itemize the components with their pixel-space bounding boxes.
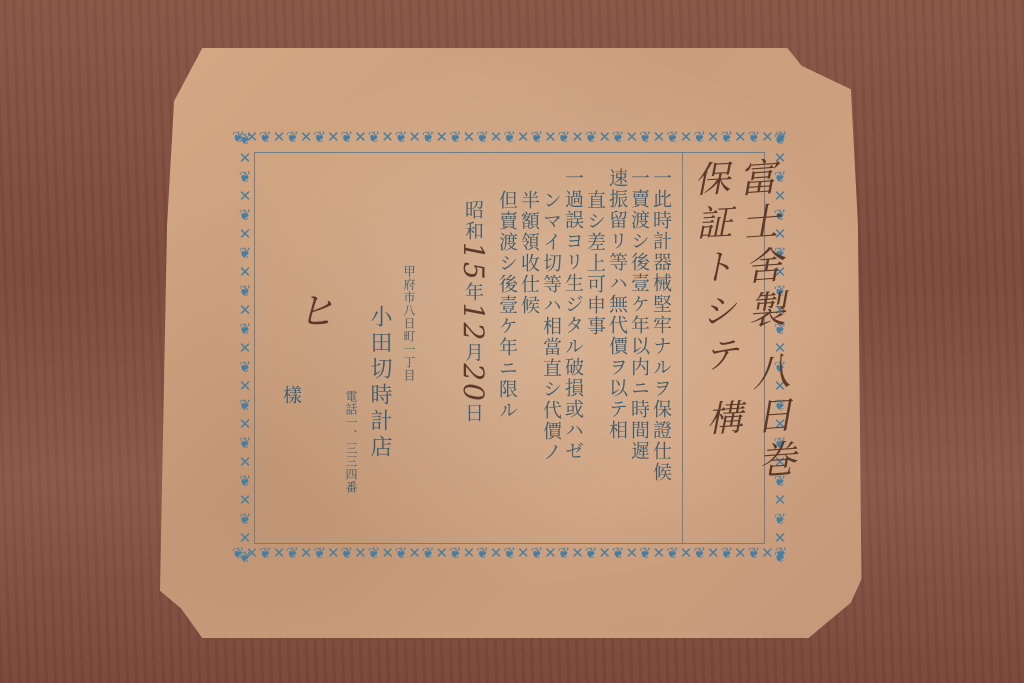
clause-6: ンマイ切等ハ相當直シ代價ノ <box>540 190 562 463</box>
clause-2: 一賣渡シ後壹ケ年以内ニ時間遲 <box>628 168 650 462</box>
clause-4: 直シ差上可申事 <box>584 190 606 337</box>
month-label: 月 <box>462 342 484 363</box>
shop-name: 小田切時計店 <box>368 305 390 461</box>
shop-phone: 電話一、三三四番 <box>340 390 362 494</box>
clause-8: 但賣渡シ後壹ケ年ニ限ル <box>496 190 518 421</box>
recipient-honorific: 樣 <box>280 385 302 406</box>
date-year: 15 <box>457 242 490 282</box>
clause-3: 速振留リ等ハ無代價ヲ以テ相 <box>606 168 628 441</box>
clause-5: 一過誤ヨリ生ジタル破損或ハゼ <box>562 168 584 462</box>
vine-leaf-border-icon: ❦✕❦✕❦✕❦✕❦✕❦✕❦✕❦✕❦✕❦✕❦✕❦✕❦✕❦✕❦✕❦✕❦✕❦✕❦✕❦✕… <box>232 546 787 566</box>
year-label: 年 <box>462 282 484 303</box>
column-divider <box>682 152 683 544</box>
day-label: 日 <box>462 403 484 424</box>
shop-address: 甲府市八日町一丁目 <box>398 265 420 382</box>
date-day: 20 <box>457 363 490 403</box>
ornamental-frame: ❦✕❦✕❦✕❦✕❦✕❦✕❦✕❦✕❦✕❦✕❦✕❦✕❦✕❦✕❦✕❦✕❦✕❦✕❦✕❦✕… <box>232 130 787 566</box>
recipient-name: ヒ <box>284 290 341 330</box>
date-era: 昭和 <box>462 200 484 242</box>
date-month: 12 <box>457 303 490 343</box>
clause-7: 半額領收仕候 <box>518 190 540 316</box>
vine-leaf-border-icon: ❦✕❦✕❦✕❦✕❦✕❦✕❦✕❦✕❦✕❦✕❦✕❦✕❦✕❦✕❦✕❦✕❦✕❦✕❦✕❦✕… <box>232 130 787 150</box>
vine-leaf-border-icon: ❦✕❦✕❦✕❦✕❦✕❦✕❦✕❦✕❦✕❦✕❦✕❦✕❦✕❦✕❦✕❦✕❦✕❦✕ <box>232 130 252 566</box>
clause-1: 一此時計器械堅牢ナルヲ保證仕候 <box>650 168 672 483</box>
date-line: 昭和15年12月20日 <box>462 200 484 424</box>
